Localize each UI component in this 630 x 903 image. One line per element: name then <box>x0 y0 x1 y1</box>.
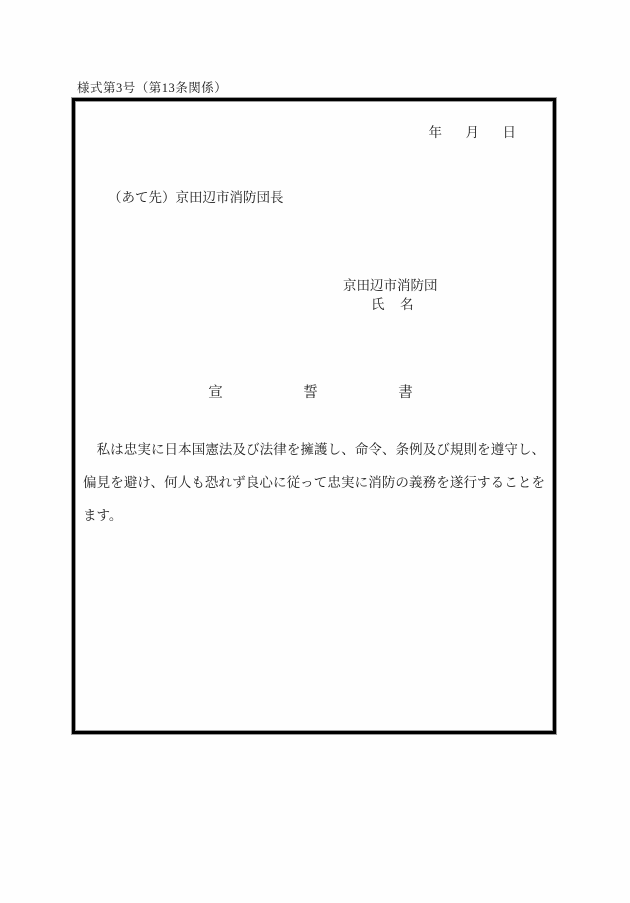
oath-body-paragraph: 私は忠実に日本国憲法及び法律を擁護し、命令、条例及び規則を遵守し、不公平及び 偏… <box>75 433 553 532</box>
oath-form-box: 年 月 日 （あて先）京田辺市消防団長 京田辺市消防団 氏 名 宣 誓 書 私は… <box>72 98 556 734</box>
addressee-line: （あて先）京田辺市消防団長 <box>108 186 284 206</box>
sender-name-label: 氏 名 <box>343 295 438 314</box>
date-line: 年 月 日 <box>429 121 522 141</box>
sender-block: 京田辺市消防団 氏 名 <box>343 276 438 314</box>
document-title: 宣 誓 書 <box>75 381 553 402</box>
form-number-label: 様式第3号（第13条関係） <box>77 78 227 96</box>
oath-body-line-3: ます。 <box>83 499 545 532</box>
document-page: 様式第3号（第13条関係） 年 月 日 （あて先）京田辺市消防団長 京田辺市消防… <box>0 0 630 903</box>
oath-body-line-1: 私は忠実に日本国憲法及び法律を擁護し、命令、条例及び規則を遵守し、不公平及び <box>83 433 545 466</box>
oath-body-line-2: 偏見を避け、何人も恐れず良心に従って忠実に消防の義務を遂行することを厳粛に誓い <box>83 466 545 499</box>
sender-organization: 京田辺市消防団 <box>343 276 438 295</box>
